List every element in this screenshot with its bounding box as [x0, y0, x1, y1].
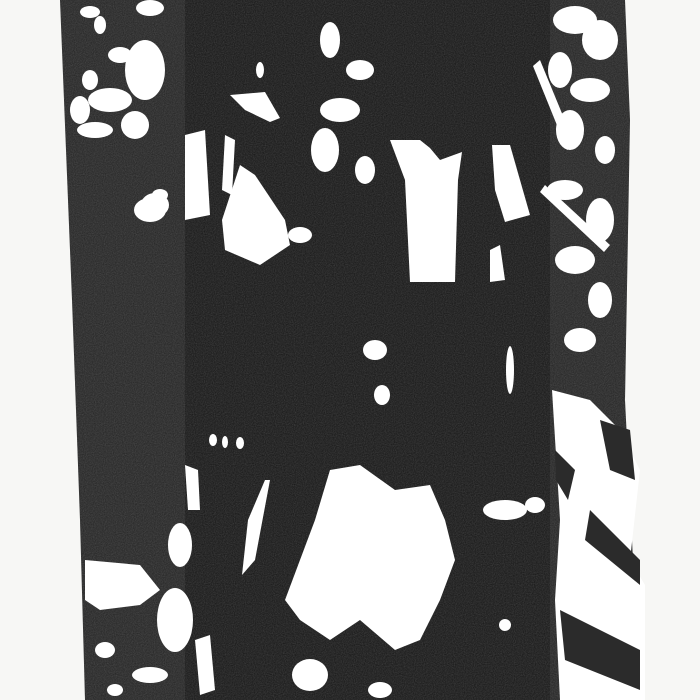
photocopy-artwork [0, 0, 700, 700]
artwork-svg [0, 0, 700, 700]
